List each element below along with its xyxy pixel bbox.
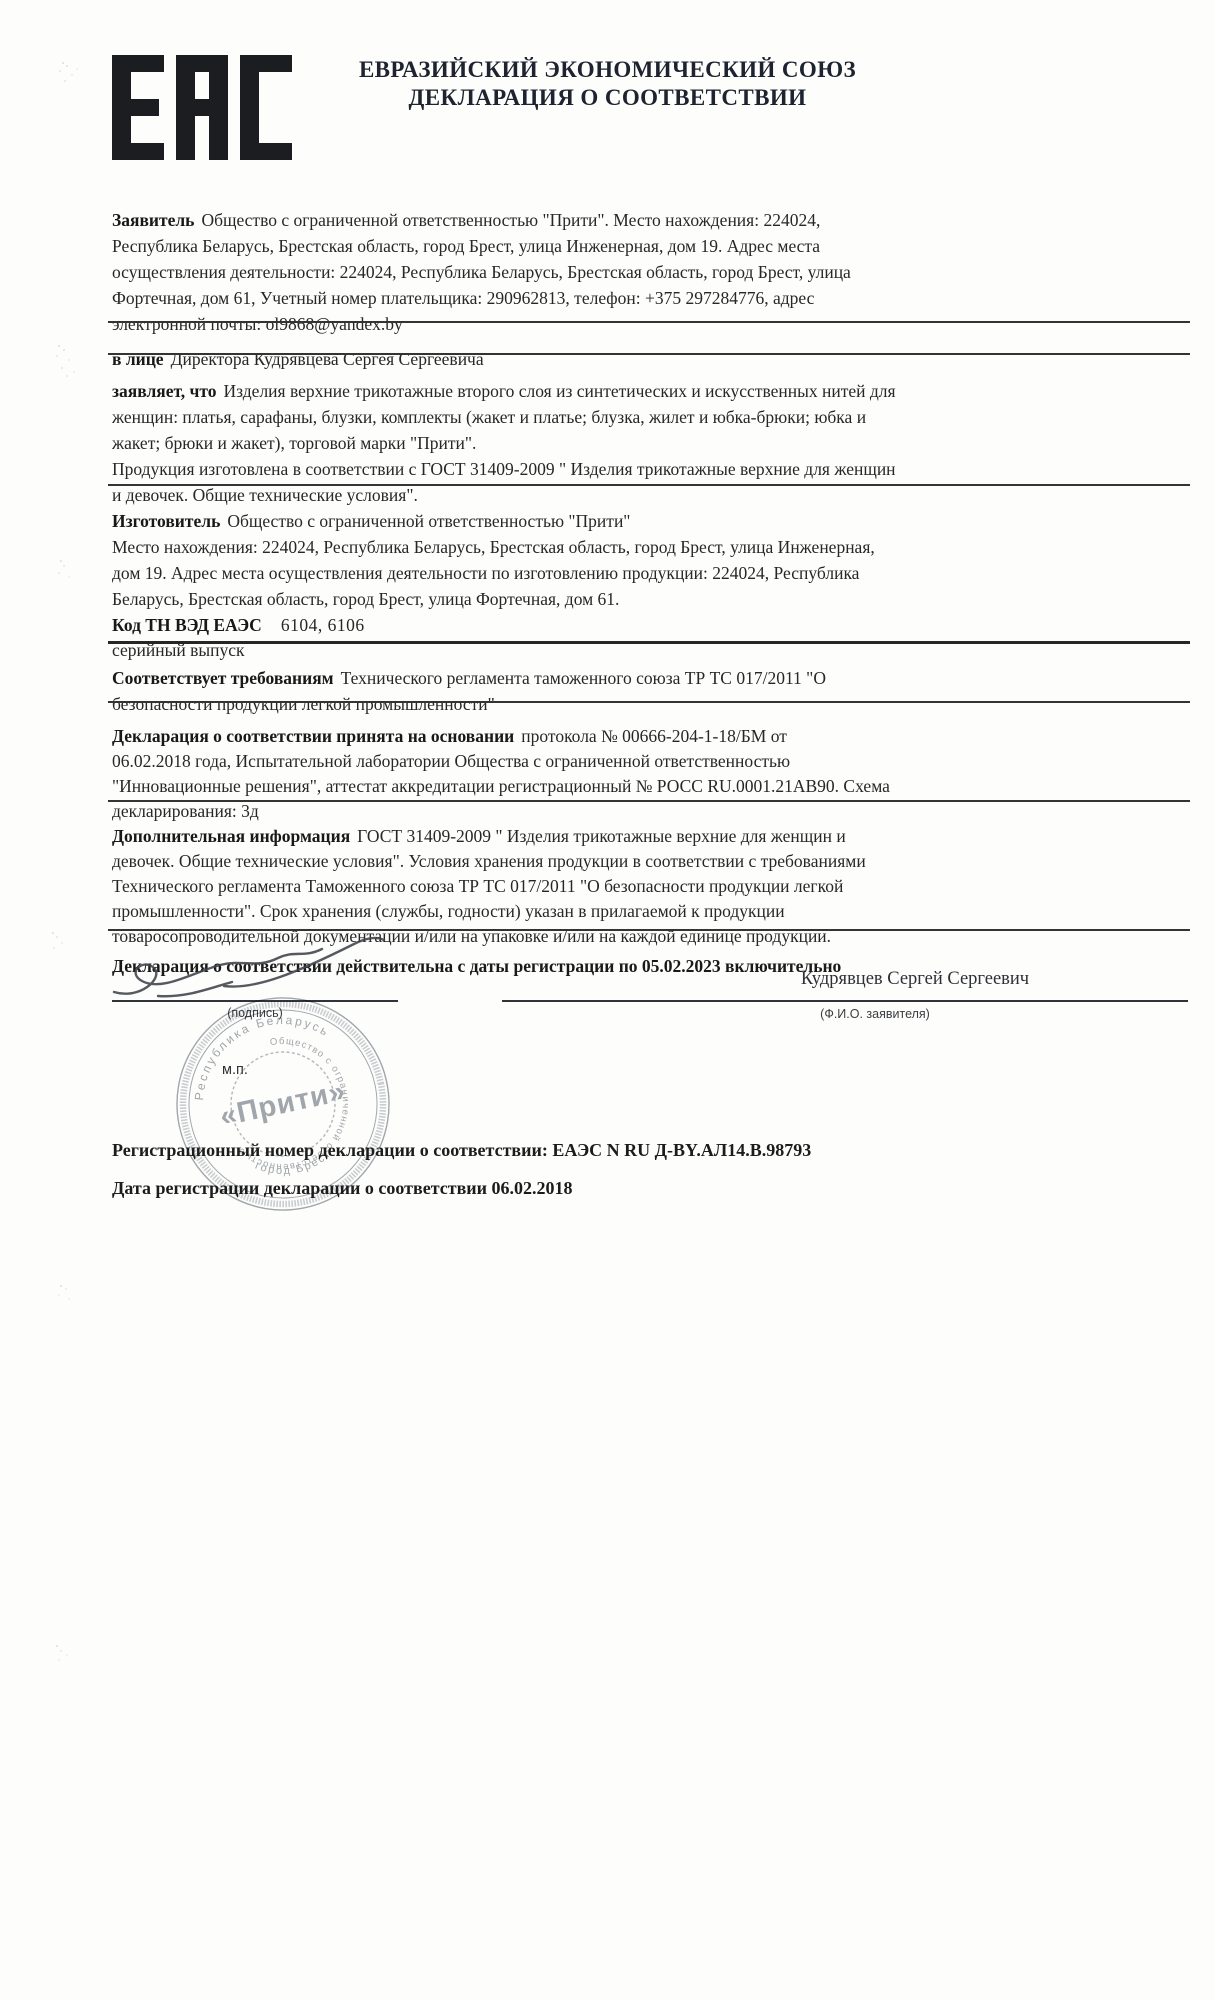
divider (108, 484, 1190, 486)
title-union: ЕВРАЗИЙСКИЙ ЭКОНОМИЧЕСКИЙ СОЮЗ (0, 56, 1215, 84)
applicant-paragraph: ЗаявительОбщество с ограниченной ответст… (112, 207, 1107, 337)
manufacturer-text: Общество с ограниченной ответственностью… (112, 511, 875, 609)
scan-noise (60, 560, 62, 562)
basis-paragraph: Декларация о соответствии принята на осн… (112, 724, 1107, 824)
tnved-value: 6104, 6106 (281, 615, 365, 635)
manufacturer-paragraph: ИзготовительОбщество с ограниченной отве… (112, 508, 1107, 612)
complies-paragraph: Соответствует требованиямТехнического ре… (112, 665, 1107, 717)
in-person-text: Директора Кудрявцева Сергея Сергеевича (171, 349, 484, 369)
registration-number-line: Регистрационный номер декларации о соотв… (112, 1140, 1162, 1161)
scan-noise (62, 62, 64, 64)
stamp-center-text: «Прити» (217, 1075, 349, 1133)
applicant-label: Заявитель (112, 210, 194, 230)
divider (108, 353, 1190, 355)
basis-label: Декларация о соответствии принята на осн… (112, 726, 514, 746)
fio-line (502, 1000, 1188, 1002)
in-person-label: в лице (112, 349, 164, 369)
declares-label: заявляет, что (112, 381, 217, 401)
fio-caption: (Ф.И.О. заявителя) (502, 1007, 1188, 1021)
manufacturer-label: Изготовитель (112, 511, 220, 531)
divider (108, 321, 1190, 323)
divider (108, 800, 1190, 802)
applicant-full-name: Кудрявцев Сергей Сергеевич (502, 969, 1188, 990)
scan-noise (58, 345, 60, 347)
in-person-paragraph: в лицеДиректора Кудрявцева Сергея Сергее… (112, 346, 1107, 372)
tnved-label: Код ТН ВЭД ЕАЭС (112, 615, 262, 635)
declares-paragraph: заявляет, чтоИзделия верхние трикотажные… (112, 378, 1107, 508)
divider (108, 641, 1190, 644)
complies-label: Соответствует требованиям (112, 668, 334, 688)
divider (108, 701, 1190, 703)
scan-noise (60, 1285, 62, 1287)
additional-info-label: Дополнительная информация (112, 826, 350, 846)
page-title: ЕВРАЗИЙСКИЙ ЭКОНОМИЧЕСКИЙ СОЮЗ ДЕКЛАРАЦИ… (0, 56, 1215, 112)
tnved-paragraph: Код ТН ВЭД ЕАЭС6104, 6106 (112, 612, 1107, 638)
applicant-text: Общество с ограниченной ответственностью… (112, 210, 851, 334)
title-declaration: ДЕКЛАРАЦИЯ О СООТВЕТСТВИИ (0, 84, 1215, 112)
scan-noise (52, 932, 54, 934)
scan-noise (56, 1645, 58, 1647)
declaration-document: ЕВРАЗИЙСКИЙ ЭКОНОМИЧЕСКИЙ СОЮЗ ДЕКЛАРАЦИ… (0, 0, 1215, 2000)
registration-date-line: Дата регистрации декларации о соответств… (112, 1178, 1162, 1199)
